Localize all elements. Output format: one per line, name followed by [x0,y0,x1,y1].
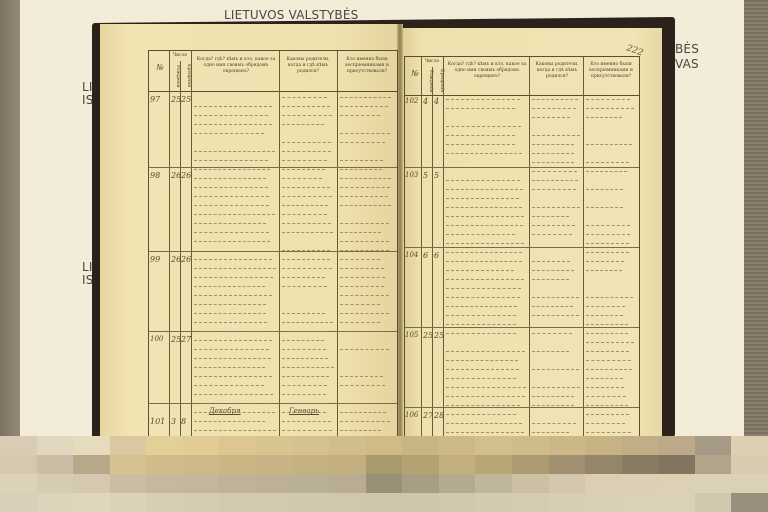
row-divider [149,167,397,168]
handwriting-line [446,207,522,209]
handwriting-line [194,178,266,180]
handwriting-line [194,115,268,117]
handwriting-line [586,144,632,146]
redaction-pixel [110,474,147,493]
header-child: Когда? гдѣ? кѣмъ и кто, какое за одно им… [193,57,279,75]
handwriting-line [282,169,325,171]
redaction-pixel [475,474,512,493]
redaction-pixel [73,436,110,455]
redaction-pixel [256,493,293,512]
handwriting-line [340,376,383,378]
redaction-pixel [475,436,512,455]
handwriting-line [194,160,268,162]
handwriting-line [586,423,625,425]
handwriting-line [282,421,331,423]
col-divider [443,57,444,441]
header-godparents: Кто именно были воспріемниками и присутс… [339,57,395,75]
handwriting-line [532,99,578,101]
redaction-pixel [37,474,74,493]
handwriting-line [532,387,580,389]
redaction-pixel [329,493,366,512]
handwriting-line [586,387,624,389]
handwriting-line [282,214,327,216]
handwriting-line [532,333,572,335]
redaction-pixel [329,455,366,474]
redaction-pixel [219,474,256,493]
redaction-pixel [512,455,549,474]
handwriting-line [532,189,576,191]
header-parents: Каковы родители, когда и гдѣ кѣмъ родилс… [281,57,335,75]
handwriting-line [340,178,391,180]
handwriting-line [194,133,264,135]
redaction-pixel [695,436,732,455]
handwriting-line [446,153,522,155]
redaction-pixel [329,474,366,493]
handwriting-line [282,115,332,117]
redaction-pixel [512,474,549,493]
handwriting-line [194,205,269,207]
handwriting-line [446,351,525,353]
handwriting-line [194,151,275,153]
handwriting-line [586,261,624,263]
handwriting-line [282,205,328,207]
handwriting-line [194,259,272,261]
handwriting-line [446,405,520,407]
handwriting-line [446,396,525,398]
handwriting-line [194,349,269,351]
handwriting-line [194,340,272,342]
redaction-pixel [585,436,622,455]
entry-number: 105 [405,331,418,339]
handwriting-line [532,279,569,281]
handwriting-line [532,144,574,146]
handwriting-line [586,99,630,101]
redaction-pixel [731,455,768,474]
redaction-pixel [475,455,512,474]
handwriting-line [340,250,389,252]
handwriting-line [282,394,326,396]
entry-number: 103 [405,171,418,179]
handwriting-line [586,378,623,380]
handwriting-line [532,432,569,434]
handwriting-line [586,315,623,317]
handwriting-line [446,252,522,254]
handwriting-line [586,252,629,254]
left-header-row: № Число Рожденія Крещенія Когда? гдѣ? кѣ… [149,51,397,92]
handwriting-line [532,405,574,407]
handwriting-line [282,250,330,252]
handwriting-line [194,124,272,126]
handwriting-line [532,270,574,272]
handwriting-line [586,207,623,209]
entry-baptized: 28 [434,411,444,420]
handwriting-line [194,214,275,216]
handwriting-line [532,108,576,110]
entry-number: 104 [405,251,418,259]
entry-born: 25 [171,335,181,344]
handwriting-line [340,223,389,225]
handwriting-line [532,162,574,164]
handwriting-line [532,135,580,137]
handwriting-line [282,367,334,369]
handwriting-line [340,97,391,99]
handwriting-line [194,295,272,297]
handwriting-line [194,412,275,414]
handwriting-line [446,414,516,416]
handwriting-line [194,232,269,234]
handwriting-line [282,142,331,144]
handwriting-line [446,126,521,128]
pixelated-redaction-band [0,436,768,512]
handwriting-line [532,225,575,227]
handwriting-line [282,286,327,288]
entry-number: 102 [405,97,418,105]
redaction-pixel [549,436,586,455]
entry-born: 27 [423,411,433,420]
handwriting-line [340,241,389,243]
redaction-pixel [37,436,74,455]
redaction-pixel [549,474,586,493]
handwriting-line [194,394,273,396]
handwriting-line [282,187,330,189]
handwriting-line [586,225,630,227]
entry-baptized: 27 [181,335,191,344]
redaction-pixel [146,436,183,455]
header-number: № [151,65,169,71]
header-date-group: Число [171,53,189,59]
handwriting-line [586,414,629,416]
redaction-pixel [695,455,732,474]
handwriting-line [446,225,523,227]
handwriting-line [586,342,634,344]
entry-baptized: 26 [181,255,191,264]
handwriting-line [282,232,333,234]
handwriting-line [282,385,327,387]
row-divider [405,327,639,328]
handwriting-line [340,160,383,162]
entry-born: 25 [171,95,181,104]
redaction-pixel [622,474,659,493]
handwriting-line [282,349,326,351]
redaction-pixel [731,474,768,493]
handwriting-line [194,268,276,270]
handwriting-line [586,270,622,272]
handwriting-line [586,243,629,245]
redaction-pixel [219,455,256,474]
handwriting-line [446,279,524,281]
entry-number: 97 [150,95,160,104]
handwriting-line [340,115,380,117]
redaction-pixel [549,455,586,474]
handwriting-line [282,259,330,261]
redaction-pixel [512,436,549,455]
handwriting-line [340,259,380,261]
handwriting-line [340,331,389,333]
redaction-pixel [219,436,256,455]
archive-stamp-text: VAS [675,57,699,72]
handwriting-line [446,315,516,317]
handwriting-line [282,376,329,378]
redaction-pixel [73,455,110,474]
handwriting-line [532,171,577,173]
handwriting-line [446,369,519,371]
handwriting-line [586,306,625,308]
handwriting-line [446,189,523,191]
entry-born: 3 [171,417,176,426]
handwriting-line [282,331,327,333]
redaction-pixel [256,474,293,493]
redaction-pixel [366,493,403,512]
archive-stamp-text: BĖS [675,42,699,57]
handwriting-line [532,180,578,182]
handwriting-line [194,430,276,432]
redaction-pixel [475,493,512,512]
handwriting-line [446,234,515,236]
entry-born: 5 [423,171,428,180]
redaction-pixel [731,436,768,455]
redaction-pixel [146,493,183,512]
redaction-pixel [439,455,476,474]
handwriting-line [340,196,388,198]
handwriting-line [340,412,386,414]
entry-born: 26 [171,255,181,264]
redaction-pixel [73,474,110,493]
handwriting-line [446,135,515,137]
redaction-pixel [183,493,220,512]
handwriting-line [446,324,516,326]
header-godparents: Кто именно были воспріемниками и присутс… [585,62,637,80]
handwriting-line [586,234,630,236]
handwriting-line [194,286,265,288]
handwriting-line [340,421,390,423]
handwriting-line [446,216,524,218]
handwriting-line [532,396,574,398]
handwriting-line [586,117,622,119]
redaction-pixel [183,455,220,474]
entry-baptized: 25 [434,331,444,340]
entry-baptized: 5 [434,171,439,180]
redaction-pixel [439,436,476,455]
redaction-pixel [695,493,732,512]
redaction-pixel [366,455,403,474]
handwriting-line [446,333,516,335]
handwriting-line [282,340,324,342]
redaction-pixel [293,436,330,455]
redaction-pixel [402,474,439,493]
handwriting-line [532,351,569,353]
handwriting-line [446,261,522,263]
handwriting-line [446,378,516,380]
handwriting-line [282,97,327,99]
right-header-row: № Число Рожденія Крещенія Когда? гдѣ? кѣ… [405,57,639,96]
redaction-pixel [512,493,549,512]
handwriting-line [340,187,390,189]
handwriting-line [586,162,629,164]
col-divider [191,51,192,441]
handwriting-line [446,297,520,299]
handwriting-line [194,304,266,306]
handwriting-line [532,207,580,209]
redaction-pixel [658,474,695,493]
handwriting-line [532,117,570,119]
header-born: Рожденія [169,63,180,89]
redaction-pixel [0,455,37,474]
handwriting-line [532,261,570,263]
handwriting-line [446,423,522,425]
redaction-pixel [366,436,403,455]
handwriting-line [340,313,389,315]
handwriting-line [194,196,269,198]
handwriting-line [446,387,526,389]
handwriting-line [282,151,331,153]
handwriting-line [282,124,324,126]
handwriting-line [194,376,272,378]
redaction-pixel [293,474,330,493]
handwriting-line [194,169,270,171]
handwriting-line [282,322,333,324]
handwriting-line [446,243,524,245]
redaction-pixel [0,493,37,512]
col-divider [583,57,584,441]
handwriting-line [194,403,271,405]
handwriting-line [586,171,627,173]
redaction-pixel [585,474,622,493]
redaction-pixel [219,493,256,512]
handwriting-line [194,385,264,387]
redaction-pixel [256,455,293,474]
handwriting-line [194,358,271,360]
redaction-pixel [402,455,439,474]
handwriting-line [340,286,384,288]
handwriting-line [340,268,384,270]
handwriting-line [532,297,579,299]
handwriting-line [194,223,266,225]
redaction-pixel [549,493,586,512]
handwriting-line [532,315,579,317]
handwriting-line [194,241,270,243]
handwriting-line [586,297,633,299]
entry-born: 4 [423,97,428,106]
handwriting-line [586,189,623,191]
handwriting-line [340,205,391,207]
handwriting-line [194,421,265,423]
entry-born: 6 [423,251,428,260]
redaction-pixel [146,455,183,474]
handwriting-line [446,270,514,272]
entry-baptized: 4 [434,97,439,106]
handwriting-line [340,349,389,351]
redaction-pixel [695,474,732,493]
redaction-pixel [658,455,695,474]
redaction-pixel [658,493,695,512]
redaction-pixel [183,436,220,455]
handwriting-line [194,322,267,324]
handwriting-line [282,403,327,405]
redaction-pixel [622,493,659,512]
redaction-pixel [146,474,183,493]
handwriting-line [532,153,574,155]
redaction-pixel [0,436,37,455]
handwriting-line [282,160,327,162]
handwriting-line [446,144,515,146]
redaction-pixel [110,493,147,512]
redaction-pixel [329,436,366,455]
handwriting-line [340,403,390,405]
header-child: Когда? гдѣ? кѣмъ и кто, какое за одно им… [445,62,529,80]
col-divider [529,57,530,441]
handwriting-line [340,133,390,135]
handwriting-line [282,268,332,270]
entry-number: 98 [150,171,160,180]
redaction-pixel [439,493,476,512]
right-ledger-table: № Число Рожденія Крещенія Когда? гдѣ? кѣ… [404,56,640,442]
handwriting-line [586,396,626,398]
col-divider [169,51,170,441]
col-divider [337,51,338,441]
handwriting-line [282,313,325,315]
handwriting-line [586,360,631,362]
redaction-pixel [622,455,659,474]
redaction-pixel [731,493,768,512]
left-ledger-table: № Число Рожденія Крещенія Когда? гдѣ? кѣ… [148,50,398,442]
handwriting-line [340,295,389,297]
handwriting-line [282,223,331,225]
entry-born: 25 [423,331,433,340]
handwriting-line [282,277,325,279]
handwriting-line [194,367,265,369]
redaction-pixel [0,474,37,493]
redaction-pixel [73,493,110,512]
handwriting-line [340,385,385,387]
redaction-pixel [366,474,403,493]
handwriting-line [282,430,332,432]
redaction-pixel [183,474,220,493]
handwriting-line [586,108,634,110]
handwriting-line [340,277,385,279]
handwriting-line [446,180,520,182]
entry-number: 99 [150,255,160,264]
handwriting-line [586,432,631,434]
entry-born: 26 [171,171,181,180]
handwriting-line [446,432,524,434]
handwriting-line [532,423,576,425]
handwriting-line [586,333,628,335]
redaction-pixel [110,436,147,455]
redaction-pixel [658,436,695,455]
handwriting-line [194,187,268,189]
handwriting-line [194,277,273,279]
handwriting-line [446,360,518,362]
row-divider [405,247,639,248]
handwriting-line [532,369,579,371]
col-divider [432,67,433,441]
entry-baptized: 8 [181,417,186,426]
handwriting-line [340,142,385,144]
handwriting-line [340,106,388,108]
handwriting-line [586,324,628,326]
handwriting-line [194,106,272,108]
handwriting-line [340,169,382,171]
handwriting-line [586,405,628,407]
handwriting-line [532,306,573,308]
redaction-pixel [439,474,476,493]
redaction-pixel [37,493,74,512]
handwriting-line [340,304,380,306]
handwriting-line [446,99,520,101]
entry-number: 101 [150,417,165,426]
handwriting-line [282,358,328,360]
handwriting-line [446,288,521,290]
